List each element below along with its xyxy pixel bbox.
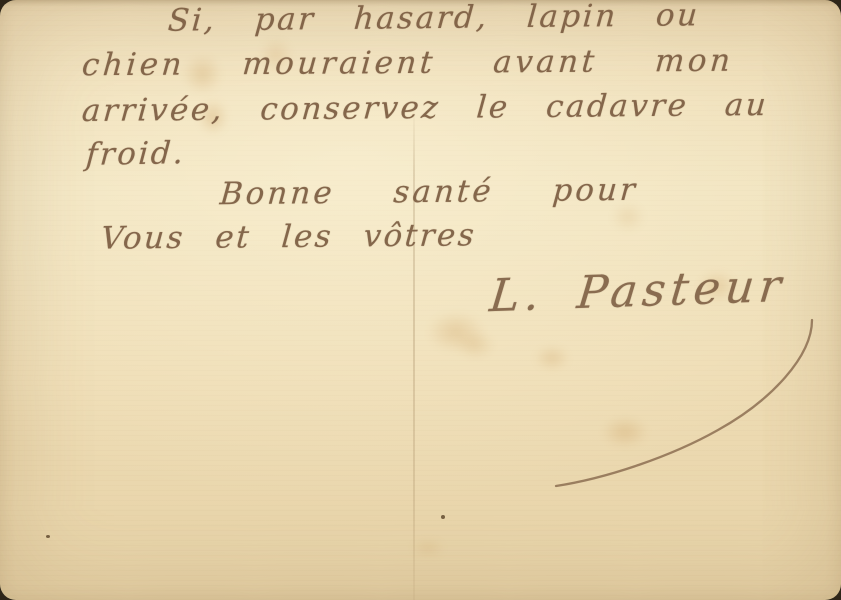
signature-text: L. Pasteur bbox=[487, 259, 788, 323]
letter-line-3: arrivée, conservez le cadavre au bbox=[81, 87, 770, 129]
age-stain bbox=[404, 534, 452, 562]
letter-paper: Si, par hasard, lapin ou chien mouraient… bbox=[0, 0, 841, 600]
signature-flourish-icon bbox=[538, 296, 830, 496]
age-stain bbox=[448, 325, 503, 365]
age-stain bbox=[527, 340, 577, 376]
letter-line-5: Bonne santé pour bbox=[219, 172, 640, 212]
ink-speck bbox=[441, 515, 445, 519]
photo-backdrop: Si, par hasard, lapin ou chien mouraient… bbox=[0, 0, 841, 600]
age-stain bbox=[415, 303, 497, 361]
age-stain bbox=[592, 410, 658, 454]
letter-line-2: chien mouraient avant mon bbox=[81, 43, 735, 84]
ink-speck bbox=[46, 535, 50, 538]
letter-line-6: Vous et les vôtres bbox=[100, 217, 478, 256]
letter-line-1: Si, par hasard, lapin ou bbox=[167, 0, 701, 39]
letter-line-4: froid. bbox=[85, 135, 187, 173]
